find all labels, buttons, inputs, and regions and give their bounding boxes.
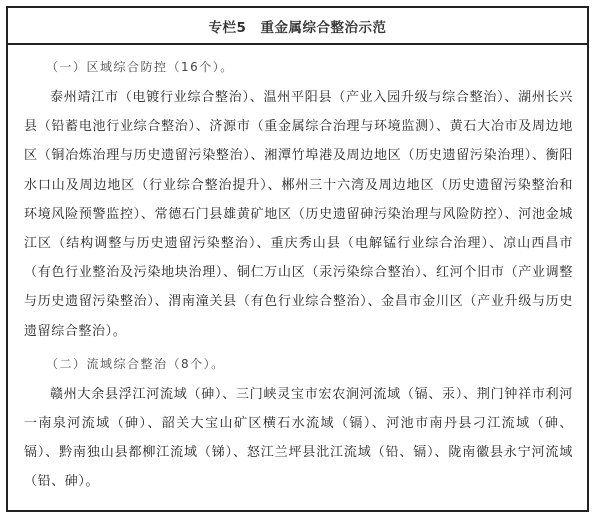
- section-heading-regional: （一）区域综合防控（16个）。: [46, 57, 573, 77]
- box-title: 重金属综合整治示范: [260, 16, 386, 36]
- box-title-prefix: 专栏5: [209, 16, 247, 36]
- section-body-basin: 赣州大余县浮江河流域（砷）、三门峡灵宝市宏农涧河流域（镉、汞）、荆门钟祥市利河一…: [24, 380, 573, 497]
- box-content: （一）区域综合防控（16个）。 泰州靖江市（电镀行业综合整治）、温州平阳县（产业…: [8, 57, 587, 497]
- box-header: 专栏5 重金属综合整治示范: [8, 8, 587, 45]
- section-heading-basin: （二）流域综合整治（8个）。: [46, 354, 573, 374]
- section-body-regional: 泰州靖江市（电镀行业综合整治）、温州平阳县（产业入园升级与综合整治）、湖州长兴县…: [24, 83, 573, 346]
- feature-box: 专栏5 重金属综合整治示范 （一）区域综合防控（16个）。 泰州靖江市（电镀行业…: [6, 6, 589, 512]
